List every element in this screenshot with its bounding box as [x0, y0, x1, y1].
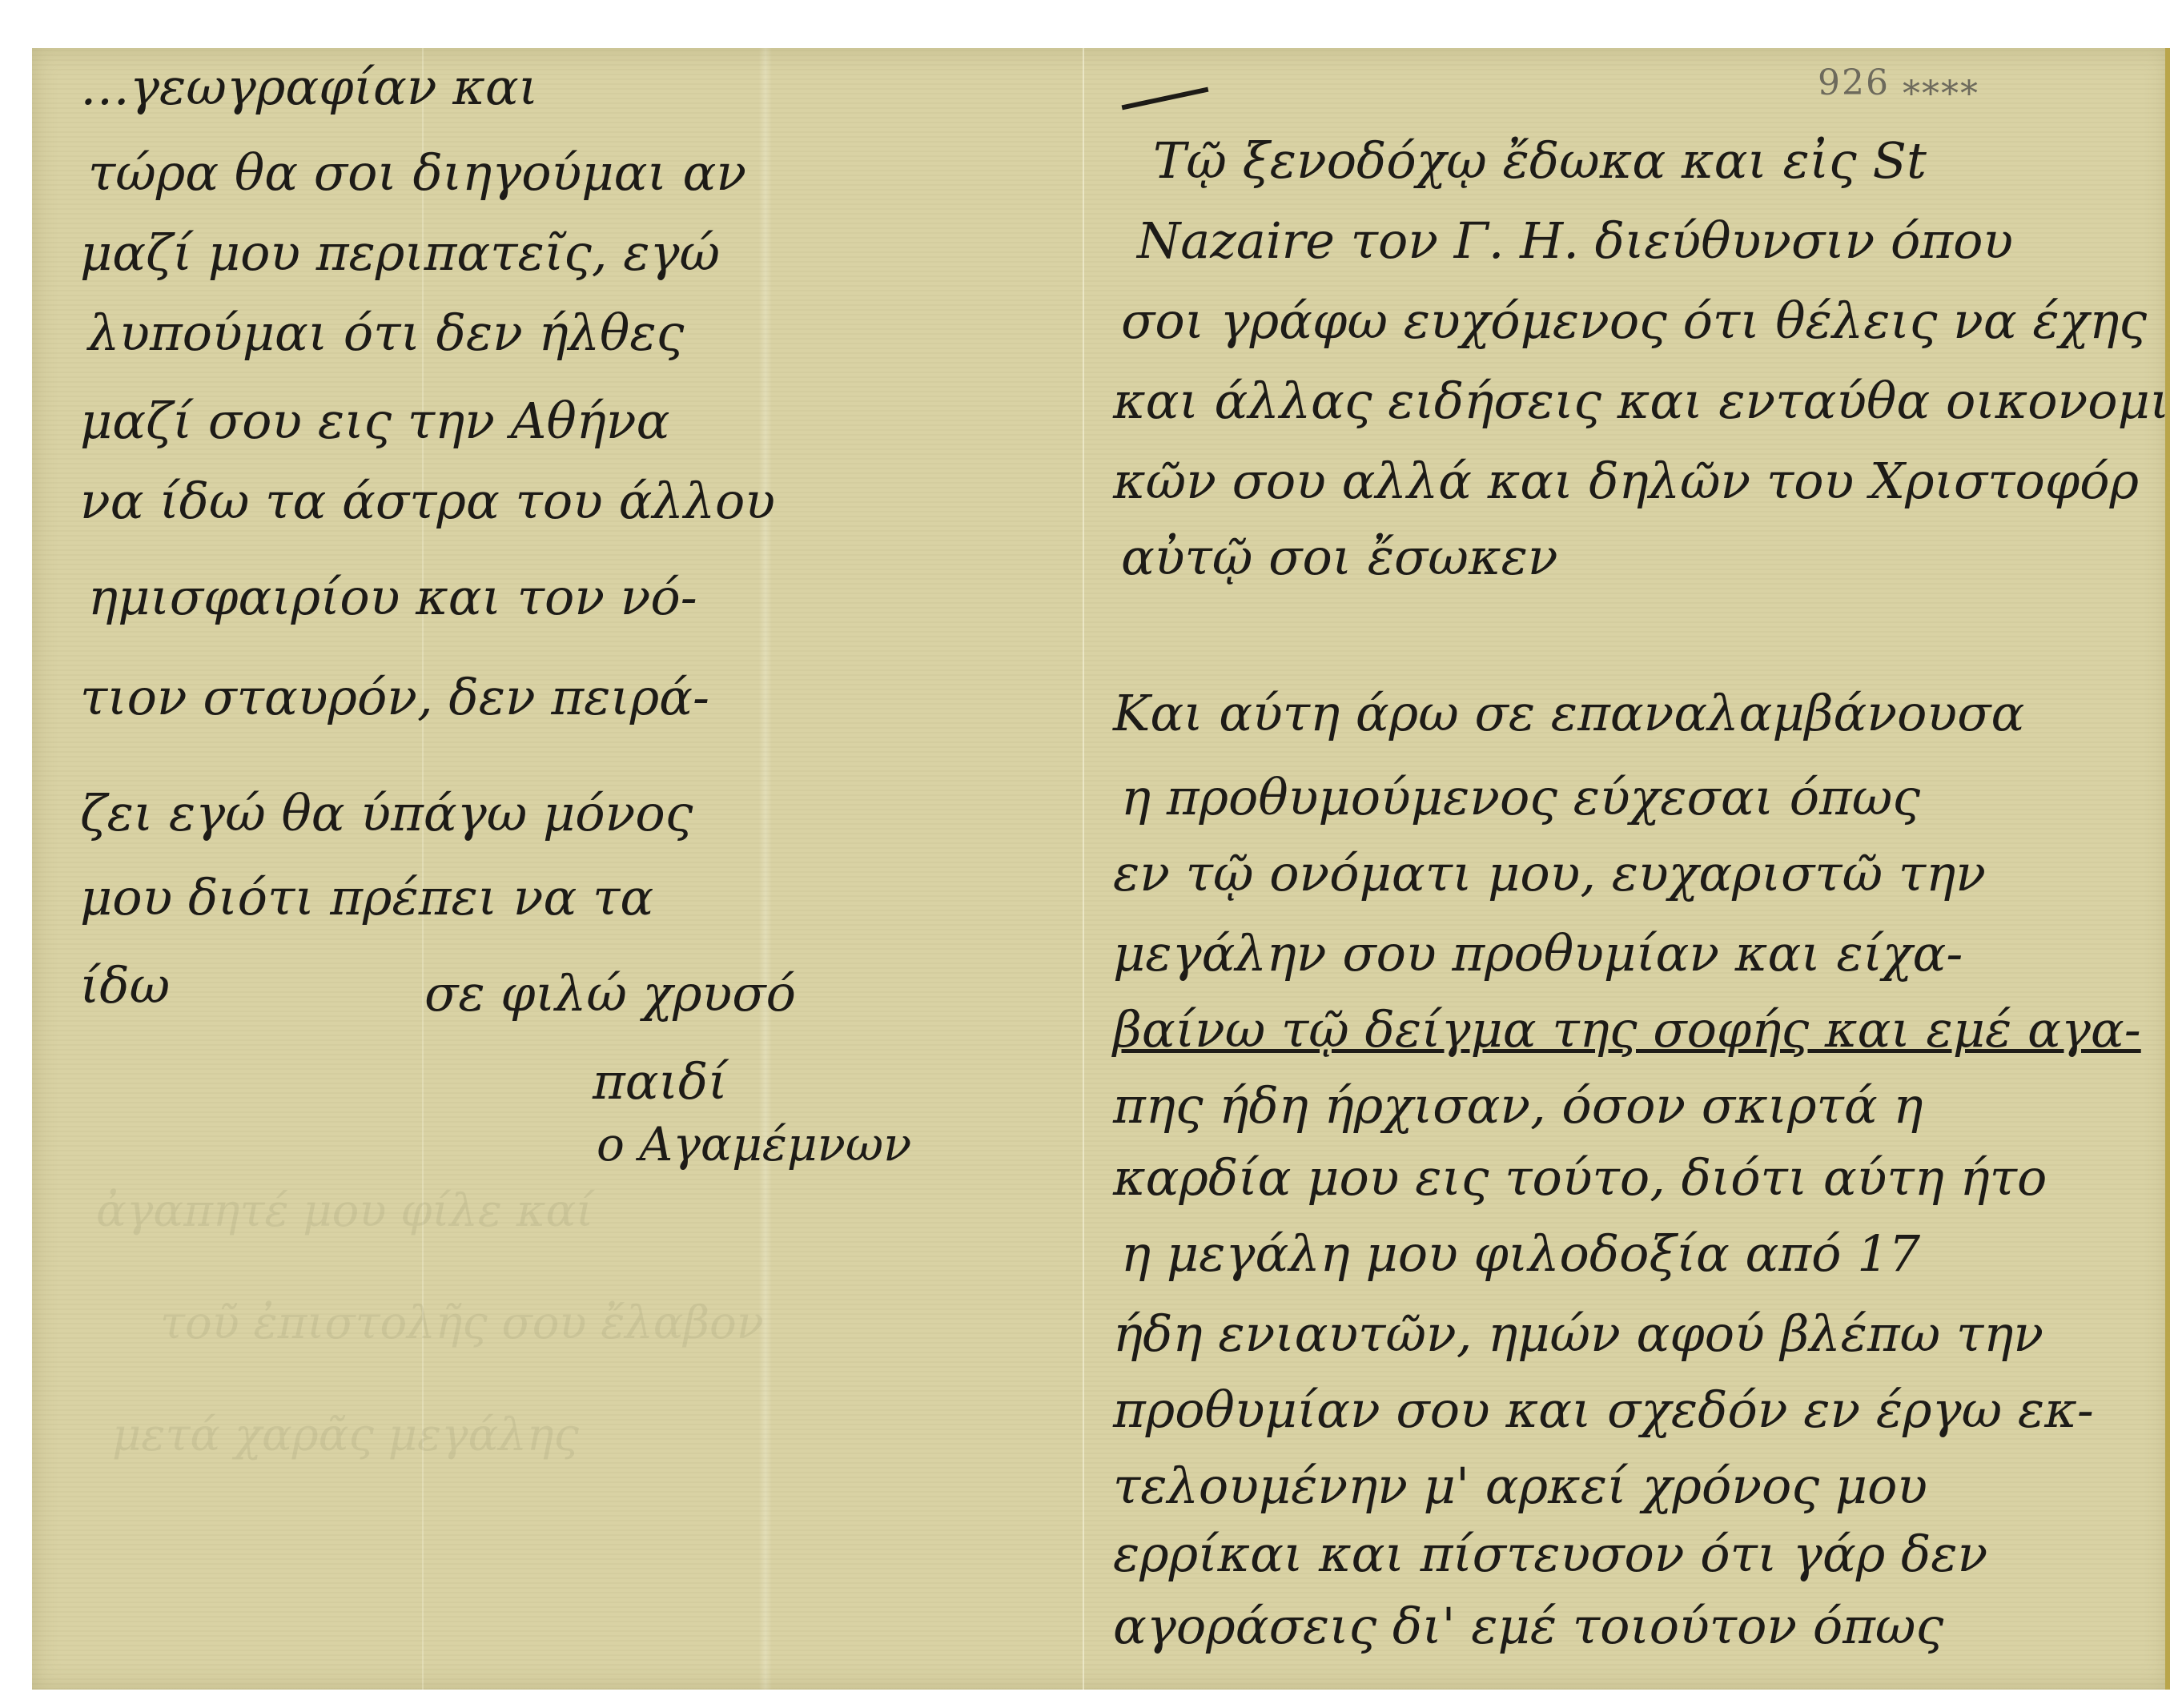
text-line: η προθυμούμενος εύχεσαι όπως	[1121, 773, 1920, 822]
text-line: τιον σταυρόν, δεν πειρά-	[80, 673, 709, 722]
text-line: ζει εγώ θα ύπάγω μόνος	[80, 789, 693, 838]
text-line: αγοράσεις δι' εμέ τοιούτον όπως	[1113, 1602, 1943, 1651]
text-line: καρδία μου εις τούτο, διότι αύτη ήτο	[1113, 1153, 2047, 1203]
text-line: η μεγάλη μου φιλοδοξία από 17	[1121, 1229, 1920, 1279]
text-line: κῶν σου αλλά και δηλῶν του Χριστοφόρ	[1113, 456, 2139, 506]
text-line: σοι γράφω ευχόμενος ότι θέλεις να έχης	[1121, 296, 2147, 346]
text-line: προθυμίαν σου και σχεδόν εν έργω εκ-	[1113, 1385, 2094, 1435]
text-line: μου διότι πρέπει να τα	[80, 873, 653, 922]
text-line: ερρίκαι και πίστευσον ότι γάρ δεν	[1113, 1529, 1987, 1579]
closing-line: σε φιλώ χρυσό	[424, 969, 796, 1019]
closing-line-2: παιδί	[593, 1057, 728, 1107]
text-line: τώρα θα σοι διηγούμαι αν	[88, 148, 746, 198]
text-line: τελουμένην μ' αρκεί χρόνος μου	[1113, 1461, 1927, 1511]
text-line: να ίδω τα άστρα του άλλου	[80, 476, 775, 526]
text-line: μαζί μου περιπατεῖς, εγώ	[80, 228, 720, 278]
center-fold-line	[1083, 48, 1084, 1690]
page-right-edge	[2165, 48, 2170, 1690]
text-line: Nazaire τον Γ. Η. διεύθυνσιν όπου	[1137, 216, 2013, 266]
text-line: ήδη ενιαυτῶν, ημών αφού βλέπω την	[1113, 1309, 2043, 1359]
text-line: εν τῷ ονόματι μου, ευχαριστῶ την	[1113, 849, 1986, 898]
text-line: μαζί σου εις την Αθήνα	[80, 396, 670, 446]
text-line: Και αύτη άρω σε επαναλαμβάνουσα	[1113, 689, 2024, 738]
signature: ο Αγαμέμνων	[597, 1117, 911, 1171]
left-column-text: …γεωγραφίαν και τώρα θα σοι διηγούμαι αν…	[72, 0, 1081, 1708]
salutation-line: Τῷ ξενοδόχῳ ἔδωκα και εἰς St	[1153, 136, 1927, 186]
text-line: πης ήδη ήρχισαν, όσον σκιρτά η	[1113, 1081, 1923, 1131]
text-line: λυπούμαι ότι δεν ήλθες	[88, 308, 684, 358]
text-line-underlined: βαίνω τῷ δείγμα της σοφής και εμέ αγα-	[1113, 1005, 2141, 1055]
text-line: ημισφαιρίου και τον νό-	[88, 573, 697, 622]
right-column-text: Τῷ ξενοδόχῳ ἔδωκα και εἰς St Nazaire τον…	[1105, 0, 2146, 1708]
text-line: αὐτῷ σοι ἔσωκεν	[1121, 532, 1558, 582]
text-line: μεγάλην σου προθυμίαν και είχα-	[1113, 929, 1963, 979]
text-line: ίδω	[80, 961, 170, 1011]
text-line: και άλλας ειδήσεις και ενταύθα οικονομι-	[1113, 376, 2170, 426]
text-line: …γεωγραφίαν και	[80, 62, 538, 112]
